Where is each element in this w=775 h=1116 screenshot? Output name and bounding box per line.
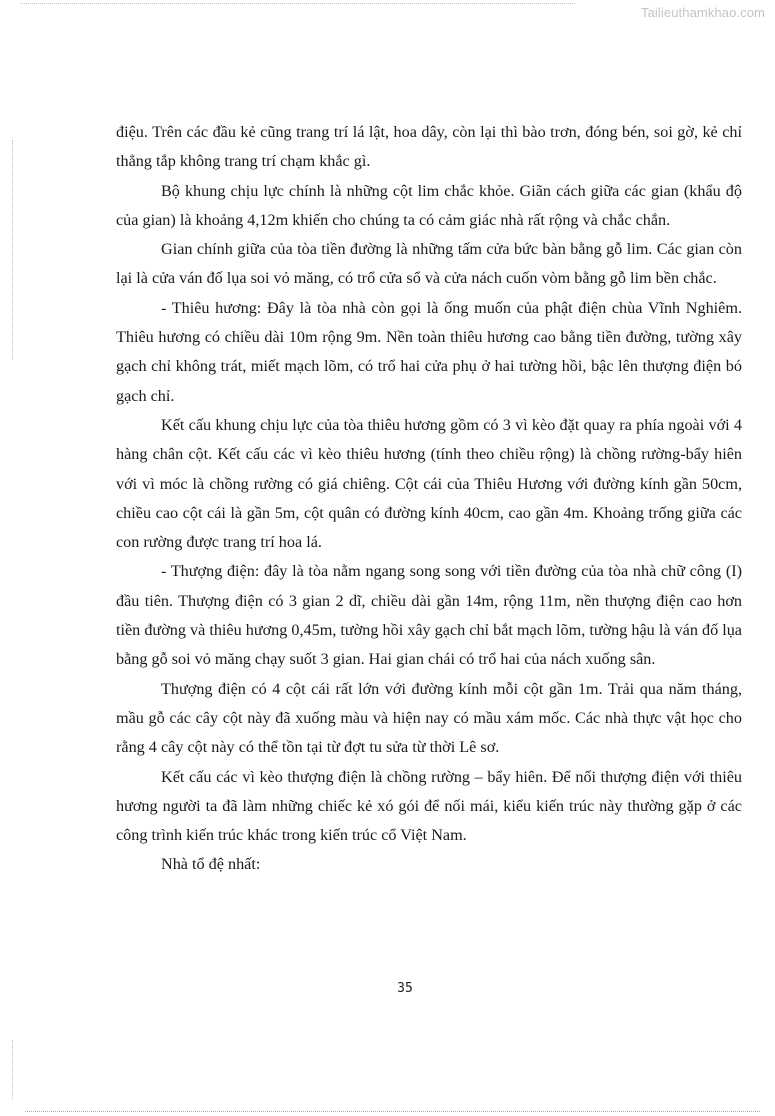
document-body: điệu. Trên các đầu kẻ cũng trang trí lá … (116, 118, 742, 880)
page-number: 35 (0, 981, 775, 996)
paragraph: - Thiêu hương: Đây là tòa nhà còn gọi là… (116, 294, 742, 411)
paragraph: Bộ khung chịu lực chính là những cột lim… (116, 177, 742, 236)
paragraph: Kết cấu khung chịu lực của tòa thiêu hươ… (116, 411, 742, 557)
paragraph: Thượng điện có 4 cột cái rất lớn với đườ… (116, 675, 742, 763)
scan-artifact-left (12, 140, 14, 360)
paragraph: Gian chính giữa của tòa tiền đường là nh… (116, 235, 742, 294)
paragraph: Nhà tổ đệ nhất: (116, 850, 742, 879)
scan-artifact-bottom (25, 1105, 760, 1112)
scan-artifact-left-bottom (12, 1040, 14, 1100)
watermark: Tailieuthamkhao.com (641, 5, 765, 20)
paragraph: Kết cấu các vì kèo thượng điện là chồng … (116, 763, 742, 851)
scan-artifact-top (20, 3, 575, 10)
paragraph: - Thượng điện: đây là tòa nằm ngang song… (116, 557, 742, 674)
paragraph: điệu. Trên các đầu kẻ cũng trang trí lá … (116, 118, 742, 177)
